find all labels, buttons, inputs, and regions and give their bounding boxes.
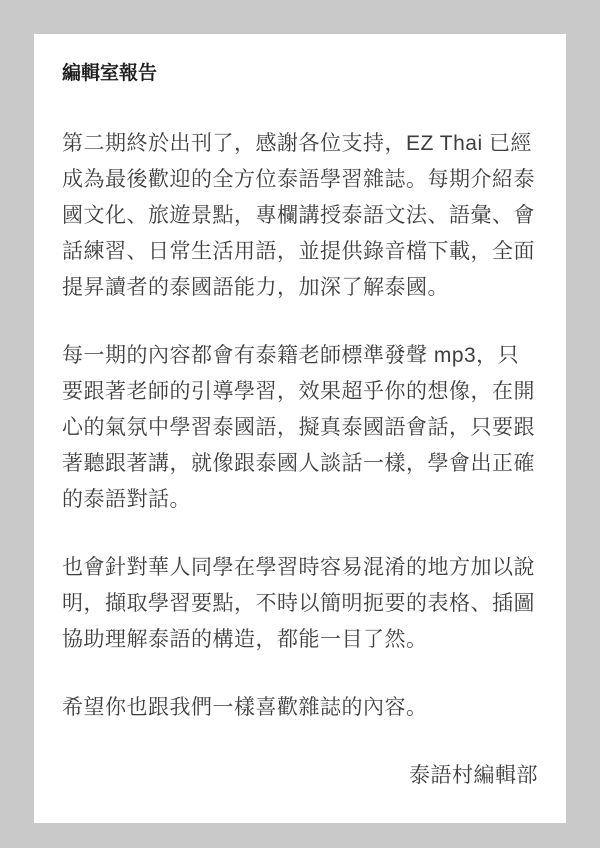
page-title: 編輯室報告	[62, 62, 538, 86]
editorial-signature: 泰語村編輯部	[62, 758, 538, 794]
paragraph-closing: 希望你也跟我們一樣喜歡雜誌的內容。	[62, 690, 538, 726]
paragraph-intro: 第二期終於出刊了，感謝各位支持，EZ Thai 已經成為最後歡迎的全方位泰語學習…	[62, 126, 538, 306]
page-background: 編輯室報告 第二期終於出刊了，感謝各位支持，EZ Thai 已經成為最後歡迎的全…	[0, 0, 600, 848]
document-page: 編輯室報告 第二期終於出刊了，感謝各位支持，EZ Thai 已經成為最後歡迎的全…	[34, 34, 566, 823]
paragraph-learning-points: 也會針對華人同學在學習時容易混淆的地方加以說明，擷取學習要點，不時以簡明扼要的表…	[62, 550, 538, 658]
paragraph-mp3-learning: 每一期的內容都會有泰籍老師標準發聲 mp3，只要跟著老師的引導學習，效果超乎你的…	[62, 338, 538, 518]
